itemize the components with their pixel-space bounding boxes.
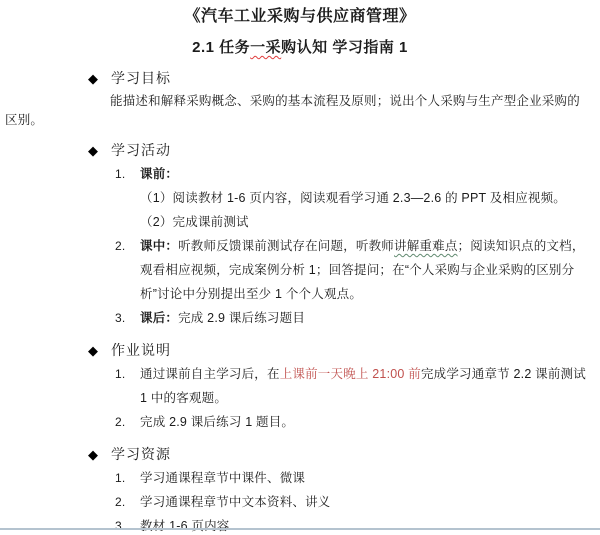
section-heading-homework-instructions: ◆作业说明 (88, 342, 600, 359)
list-item-text: 通过课前自主学习后，在上课前一天晚上 21:00 前完成学习通章节 2.2 课前… (140, 362, 592, 410)
bottom-divider (0, 528, 600, 530)
list-item-number: 1. (115, 362, 140, 410)
section-title: 作业说明 (111, 342, 171, 359)
list-item-number: 1. (115, 162, 140, 186)
text-run-bold: 课前： (140, 167, 178, 181)
list-item-text: 学习通课程章节中文本资料、讲义 (140, 490, 592, 514)
diamond-bullet-icon: ◆ (88, 72, 99, 85)
text-run: 学习通课程章节中文本资料、讲义 (140, 495, 331, 509)
list-item-text: 课中：听教师反馈课前测试存在问题，听教师讲解重难点；阅读知识点的文档，观看相应视… (140, 234, 592, 306)
text-run: （2）完成课前测试 (140, 215, 249, 229)
text-run: 完成 2.9 课后练习题目 (178, 311, 305, 325)
list-item: 2.学习通课程章节中文本资料、讲义 (115, 490, 600, 514)
section-title: 学习资源 (111, 446, 171, 463)
list-item: 1.课前： (115, 162, 600, 186)
text-run: （1）阅读教材 1-6 页内容，阅读观看学习通 2.3—2.6 的 PPT 及相… (140, 191, 566, 205)
text-run-grammar: 讲解重难点 (394, 239, 458, 253)
text-run-red: 上课前一天晚上 21:00 前 (280, 367, 421, 381)
sub-list-item: （1）阅读教材 1-6 页内容，阅读观看学习通 2.3—2.6 的 PPT 及相… (140, 186, 592, 210)
paragraph: 能描述和解释采购概念、采购的基本流程及原则；说出个人采购与生产型企业采购的区别。 (5, 92, 590, 130)
section-title: 学习目标 (111, 70, 171, 87)
diamond-bullet-icon: ◆ (88, 144, 99, 157)
list-item-number: 3. (115, 306, 140, 330)
diamond-bullet-icon: ◆ (88, 344, 99, 357)
section-heading-learning-activities: ◆学习活动 (88, 142, 600, 159)
list-item-number: 2. (115, 490, 140, 514)
list-item-text: 课前： (140, 162, 592, 186)
text-run: 能描述和解释采购概念、采购的基本流程及原则；说出个人采购与生产型企业采购的区别。 (5, 94, 580, 127)
list-item: 3.课后：完成 2.9 课后练习题目 (115, 306, 600, 330)
list-item-text: 学习通课程章节中课件、微课 (140, 466, 592, 490)
text-run: 完成 2.9 课后练习 1 题目。 (140, 415, 294, 429)
text-run-bold: 课后： (140, 311, 178, 325)
doc-title: 《汽车工业采购与供应商管理》 (0, 0, 600, 27)
doc-body: ◆学习目标能描述和解释采购概念、采购的基本流程及原则；说出个人采购与生产型企业采… (0, 70, 600, 535)
text-run: 通过课前自主学习后，在 (140, 367, 280, 381)
text-run: 2.1 任务 (192, 39, 250, 56)
doc-subtitle: 2.1 任务一采购认知 学习指南 1 (0, 38, 600, 58)
section-heading-learning-objectives: ◆学习目标 (88, 70, 600, 87)
section-heading-learning-resources: ◆学习资源 (88, 446, 600, 463)
document-page: 《汽车工业采购与供应商管理》 2.1 任务一采购认知 学习指南 1 ◆学习目标能… (0, 0, 600, 535)
section-title: 学习活动 (111, 142, 171, 159)
list-item-number: 3. (115, 514, 140, 535)
list-item-text: 教材 1-6 页内容 (140, 514, 592, 535)
list-item-number: 1. (115, 466, 140, 490)
list-item: 3.教材 1-6 页内容 (115, 514, 600, 535)
text-run: 听教师反馈课前测试存在问题，听教师 (178, 239, 394, 253)
text-run: 学习通课程章节中课件、微课 (140, 471, 305, 485)
list-item: 2.课中：听教师反馈课前测试存在问题，听教师讲解重难点；阅读知识点的文档，观看相… (115, 234, 600, 306)
sub-list-item: （2）完成课前测试 (140, 210, 592, 234)
list-item-number: 2. (115, 234, 140, 306)
text-run: 购认知 学习指南 1 (281, 39, 408, 56)
list-item-text: 课后：完成 2.9 课后练习题目 (140, 306, 592, 330)
list-item: 1.通过课前自主学习后，在上课前一天晚上 21:00 前完成学习通章节 2.2 … (115, 362, 600, 410)
text-run-bold: 课中： (140, 239, 178, 253)
text-run: 教材 1-6 页内容 (140, 519, 230, 533)
text-run-spell: 一采 (250, 39, 281, 56)
list-item: 1.学习通课程章节中课件、微课 (115, 466, 600, 490)
diamond-bullet-icon: ◆ (88, 448, 99, 461)
list-item-text: 完成 2.9 课后练习 1 题目。 (140, 410, 592, 434)
list-item: 2.完成 2.9 课后练习 1 题目。 (115, 410, 600, 434)
list-item-number: 2. (115, 410, 140, 434)
